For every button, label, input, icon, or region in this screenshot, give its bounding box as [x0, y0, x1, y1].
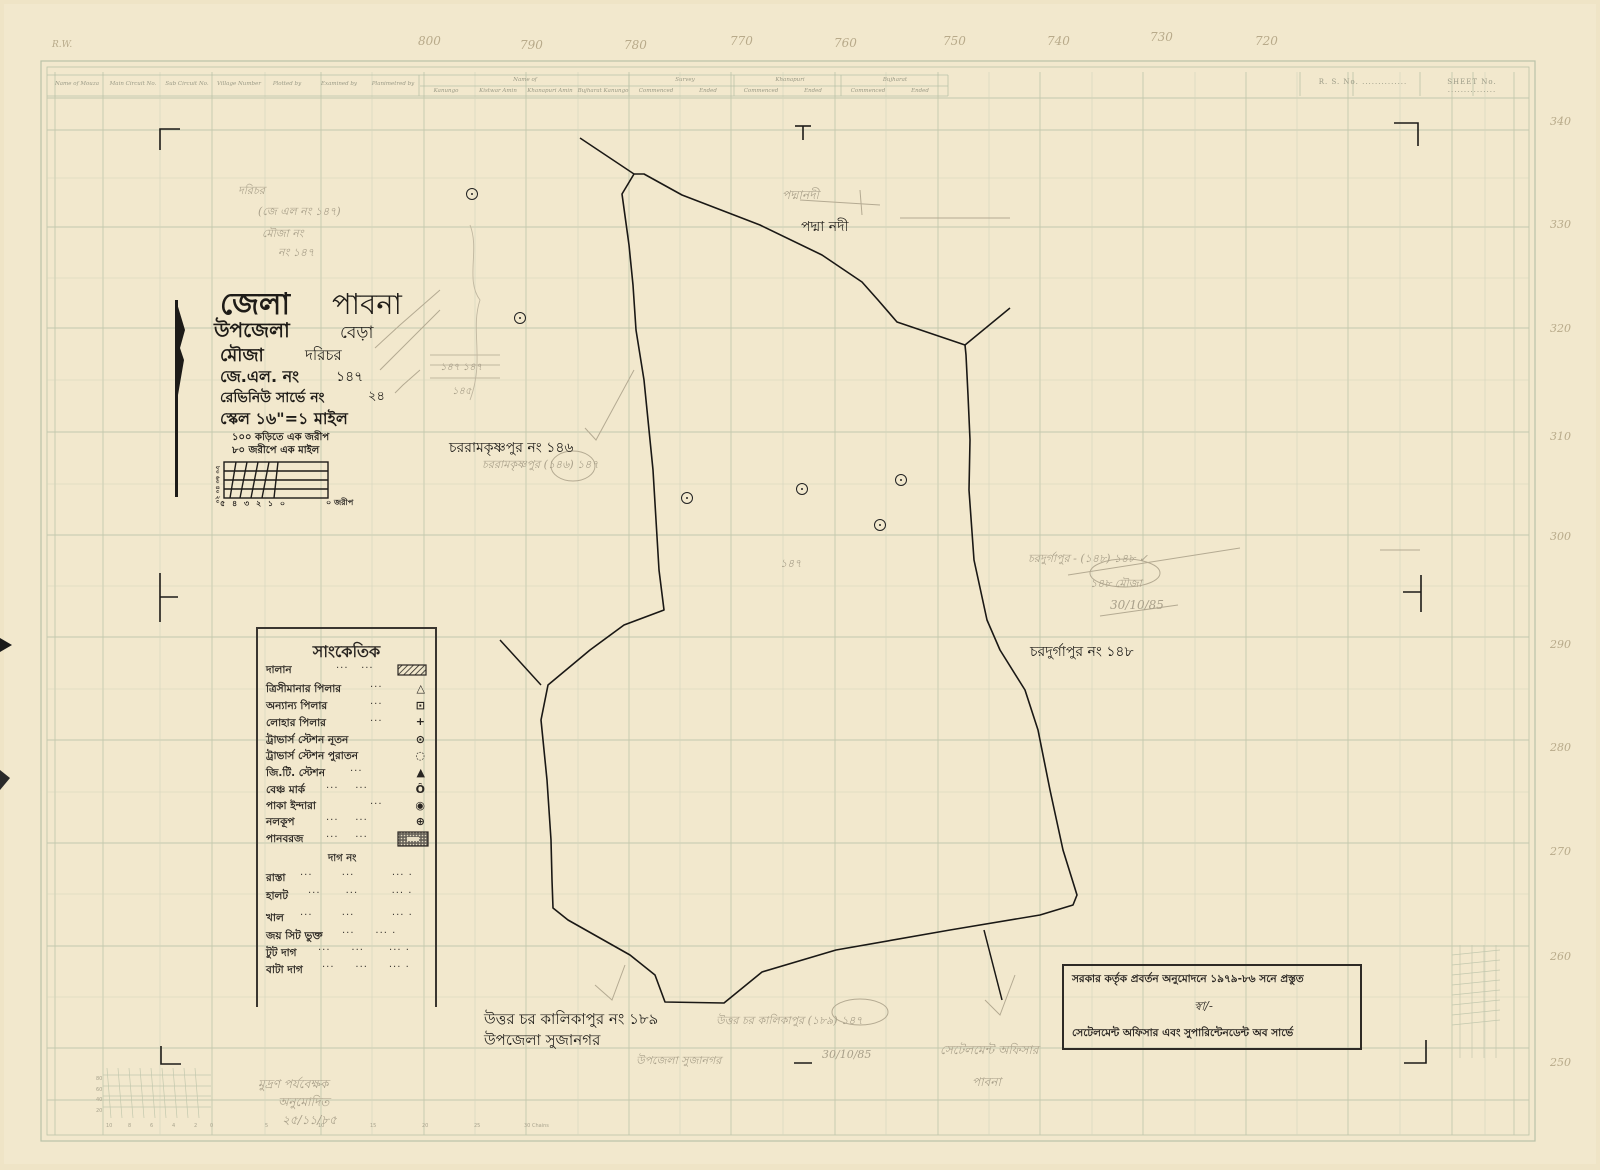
bottom-scale-tick: 20: [422, 1123, 428, 1129]
header-bujharat-commenced: Commenced: [842, 88, 894, 94]
legend-item-traverse-old: ট্রাভার্স স্টেশন পুরাতন: [266, 749, 358, 766]
legend-leader: ···: [370, 716, 383, 727]
coord-top-6: 740: [1047, 34, 1070, 48]
coord-top-3: 770: [730, 34, 753, 48]
label-east-neighbor-mouza: চরদুর্গাপুর নং ১৪৮: [1030, 640, 1134, 664]
traverse-new-icon: ⊙: [416, 733, 425, 746]
legend-line-halot: হালট: [266, 889, 288, 906]
traverse-station-icon: [796, 483, 808, 495]
coord-top-4: 760: [834, 36, 857, 50]
header-khanapuri-ended: Ended: [787, 88, 839, 94]
legend-item-iron-pillar: লোহার পিলার: [266, 716, 326, 733]
pencil-note-left-2: মৌজা নং: [262, 225, 304, 244]
bottom-scale-tick: 30 Chains: [524, 1123, 549, 1129]
scale-bar-ticks: ৫ ৪ ৩ ২ ১ ০: [220, 498, 287, 511]
legend-item-tubewell: নলকূপ: [266, 815, 295, 832]
legend-leader: ···: [370, 699, 383, 710]
pencil-south-neighbor-1: উত্তর চর কালিকাপুর (১৮৯) ১৪৭: [716, 1012, 863, 1031]
coord-right-5: 290: [1550, 638, 1571, 651]
legend-leader: ···: [350, 766, 363, 777]
header-sub-kanungo: Kanungo: [420, 88, 472, 94]
coord-right-9: 250: [1550, 1056, 1571, 1069]
certificate-signature: স্বা/-: [1194, 998, 1213, 1018]
label-padma-river: পদ্মা নদী: [801, 215, 849, 239]
legend-item-building: দালান: [266, 663, 292, 680]
certificate-preparation-line: সরকার কর্তৃক প্রবর্তন অনুমোদনে ১৯৭৯-৮৬ স…: [1072, 972, 1304, 989]
legend-leader: ··· ··· ··· ·: [322, 962, 410, 973]
tubewell-icon: ⊕: [416, 815, 425, 828]
legend-line-road: রাস্তা: [266, 871, 285, 888]
legend-title: সাংকেতিক: [258, 639, 435, 666]
traverse-station-icon: [514, 312, 526, 324]
bottom-scale-side-tick: 40: [96, 1095, 102, 1106]
rs-number-field: R. S. No. ..............: [1318, 78, 1408, 86]
coord-right-7: 270: [1550, 845, 1571, 858]
building-hatch-icon: [397, 664, 427, 676]
legend-leader: ··· ···: [326, 832, 368, 843]
pencil-note-margin-1: ১৪৭ ১৪৭: [440, 360, 482, 377]
certificate-officer-line: সেটেলমেন্ট অফিসার এবং সুপারিন্টেনডেন্ট অ…: [1072, 1026, 1293, 1043]
legend-item-pucca-well: পাকা ইন্দারা: [266, 799, 316, 816]
traverse-station-icon: [466, 188, 478, 200]
scale-bar-unit: ০ জরীপ: [326, 497, 353, 510]
legend-leader: ···: [370, 682, 383, 693]
traverse-station-icon: [681, 492, 693, 504]
legend-leader: ··· ··· ··· ·: [300, 910, 413, 921]
coord-right-0: 340: [1550, 115, 1571, 128]
legend-leader: ··· ··· ··· ·: [300, 870, 413, 881]
signature-bottom-left-date: ২৫/১১/৮৫: [282, 1112, 337, 1132]
pencil-note-left-1: (জে এল নং ১৪৭): [258, 203, 341, 222]
header-sub-khanapuri-amin: Khanapuri Amin: [524, 88, 576, 94]
pencil-note-left-0: দরিচর: [238, 182, 265, 201]
gt-station-icon: ▲: [417, 766, 425, 779]
legend-line-bata-dag: বাটা দাগ: [266, 963, 303, 980]
signature-bottom-center-1: সেটেলমেন্ট অফিসার: [940, 1042, 1038, 1062]
legend-leader: ··· ···: [336, 663, 374, 674]
mouza-map-sheet: Name of Mouza Main Circuit No. Sub Circu…: [0, 0, 1600, 1170]
pencil-east-date: 30/10/85: [1110, 598, 1164, 612]
header-survey-commenced: Commenced: [630, 88, 682, 94]
other-pillar-icon: ⊡: [416, 699, 425, 712]
bottom-scale-tick: 25: [474, 1123, 480, 1129]
bottom-scale-tick: 6: [150, 1123, 153, 1129]
legend-leader: ··· ··· ·: [342, 928, 396, 939]
legend-leader: ··· ···: [326, 815, 368, 826]
bottom-scale-tick: 4: [172, 1123, 175, 1129]
coord-right-6: 280: [1550, 741, 1571, 754]
iron-pillar-icon: +: [416, 715, 425, 728]
jl-number-value: ১৪৭: [336, 365, 363, 389]
header-group-name-of: Name of: [480, 77, 570, 83]
sheet-number-field: SHEET No. ...............: [1422, 78, 1522, 94]
legend-leader: ··· ··· ··· ·: [318, 945, 410, 956]
bottom-scale-tick: 8: [128, 1123, 131, 1129]
coord-right-1: 330: [1550, 218, 1571, 231]
legend-leader: ···: [370, 799, 383, 810]
coord-top-2: 780: [624, 38, 647, 52]
legend-leader: ··· ··· ··· ·: [308, 888, 412, 899]
bottom-scale-side-tick: 60: [96, 1085, 102, 1096]
coord-top-5: 750: [943, 34, 966, 48]
header-sub-kistwar-amin: Kistwar Amin: [472, 88, 524, 94]
pencil-padma-river: পদ্মানদী: [782, 187, 819, 207]
pencil-south-neighbor-2: উপজেলা সুজানগর: [636, 1052, 721, 1071]
coord-right-3: 310: [1550, 430, 1571, 443]
legend-line-canal: খাল: [266, 911, 284, 928]
legend-box: সাংকেতিক দালান ··· ··· ত্রিসীমানার পিলার…: [256, 627, 437, 1007]
legend-leader: ··· ···: [326, 783, 368, 794]
pencil-west-neighbor-mouza: চররামকৃষ্ণপুর (১৪৬) ১৪৭: [482, 456, 599, 475]
legend-item-gt-station: জি.টি. স্টেশন: [266, 766, 325, 783]
legend-line-tut-dag: টুট দাগ: [266, 946, 297, 963]
header-survey-ended: Ended: [682, 88, 734, 94]
pucca-well-icon: ◉: [415, 799, 425, 812]
bottom-scale-side-tick: 20: [96, 1106, 102, 1117]
header-col-village-number: Village Number: [214, 81, 264, 87]
legend-item-bench-mark: বেঞ্চ মার্ক: [266, 783, 305, 800]
signature-bottom-left-1: মুদ্রণ পর্যবেক্ষক: [258, 1076, 328, 1096]
scale-label: স্কেল ১৬"=১ মাইল: [220, 406, 348, 433]
header-col-plotted-by: Plotted by: [262, 81, 312, 87]
top-left-mark: R.W.: [52, 40, 72, 50]
bottom-scale-side-ticks: 80 60 40 20: [96, 1074, 102, 1116]
header-bujharat-ended: Ended: [894, 88, 946, 94]
header-col-name-of-mouza: Name of Mouza: [52, 81, 102, 87]
coord-right-4: 300: [1550, 530, 1571, 543]
certificate-box: সরকার কর্তৃক প্রবর্তন অনুমোদনে ১৯৭৯-৮৬ স…: [1062, 964, 1362, 1050]
coord-top-1: 790: [520, 38, 543, 52]
header-col-sub-circuit: Sub Circuit No.: [162, 81, 212, 87]
revenue-survey-value: ২৪: [368, 387, 385, 408]
header-col-examined-by: Examined by: [314, 81, 364, 87]
upazila-value: বেড়া: [340, 320, 373, 348]
traverse-old-icon: ◌: [415, 749, 425, 762]
header-col-main-circuit: Main Circuit No.: [108, 81, 158, 87]
trijunction-pillar-icon: △: [417, 682, 425, 695]
scale-note-2: ৮০ জরীপে এক মাইল: [232, 443, 319, 460]
legend-item-traverse-new: ট্রাভার্স স্টেশন নূতন: [266, 733, 348, 750]
coord-right-2: 320: [1550, 322, 1571, 335]
coord-right-8: 260: [1550, 950, 1571, 963]
bottom-scale-tick: 15: [370, 1123, 376, 1129]
traverse-station-icon: [874, 519, 886, 531]
signature-bottom-center-2: পাবনা: [972, 1074, 1001, 1094]
header-group-khanapuri: Khanapuri: [745, 77, 835, 83]
traverse-station-icon: [895, 474, 907, 486]
pencil-east-neighbor-1: চরদুর্গাপুর - (১৪৮) ১৪৮ ✓: [1028, 550, 1148, 569]
header-col-planimetred-by: Planimetred by: [366, 81, 420, 87]
pencil-note-margin-2: ১৪৫: [452, 384, 471, 401]
pencil-note-left-3: নং ১৪৭: [278, 244, 314, 263]
legend-item-betel-garden: পানবরজ: [266, 832, 303, 849]
legend-subheading: দাগ নং: [328, 851, 356, 868]
signature-bottom-left-2: অনুমোদিত: [278, 1094, 329, 1114]
coord-top-8: 720: [1255, 34, 1278, 48]
label-south-upazila: উপজেলা সুজানগর: [484, 1029, 600, 1054]
legend-line-sheet-included: জয় সিট ভুক্ত: [266, 929, 323, 946]
bottom-scale-tick: 10: [106, 1123, 112, 1129]
header-group-survey: Survey: [640, 77, 730, 83]
bottom-scale-tick: 5: [265, 1123, 268, 1129]
pencil-center-note: ১৪৭: [780, 555, 801, 574]
header-group-bujharat: Bujharat: [850, 77, 940, 83]
bottom-scale-tick: 0: [210, 1123, 213, 1129]
coord-top-7: 730: [1150, 30, 1173, 44]
header-sub-bujharat-kanungo: Bujharat Kanungo: [576, 88, 630, 94]
pencil-south-date: 30/10/85: [822, 1048, 871, 1061]
legend-item-other-pillar: অন্যান্য পিলার: [266, 699, 327, 716]
bench-mark-icon: Ô: [416, 783, 425, 796]
bottom-scale-side-tick: 80: [96, 1074, 102, 1085]
betel-garden-icon: [397, 831, 429, 847]
coord-top-0: 800: [418, 34, 441, 48]
pencil-east-neighbor-2: ১৪৮ মৌজা: [1090, 575, 1142, 594]
bottom-scale-tick: 2: [194, 1123, 197, 1129]
header-khanapuri-commenced: Commenced: [735, 88, 787, 94]
legend-item-trijunction-pillar: ত্রিসীমানার পিলার: [266, 682, 341, 699]
bottom-scale-tick: 10: [318, 1123, 324, 1129]
